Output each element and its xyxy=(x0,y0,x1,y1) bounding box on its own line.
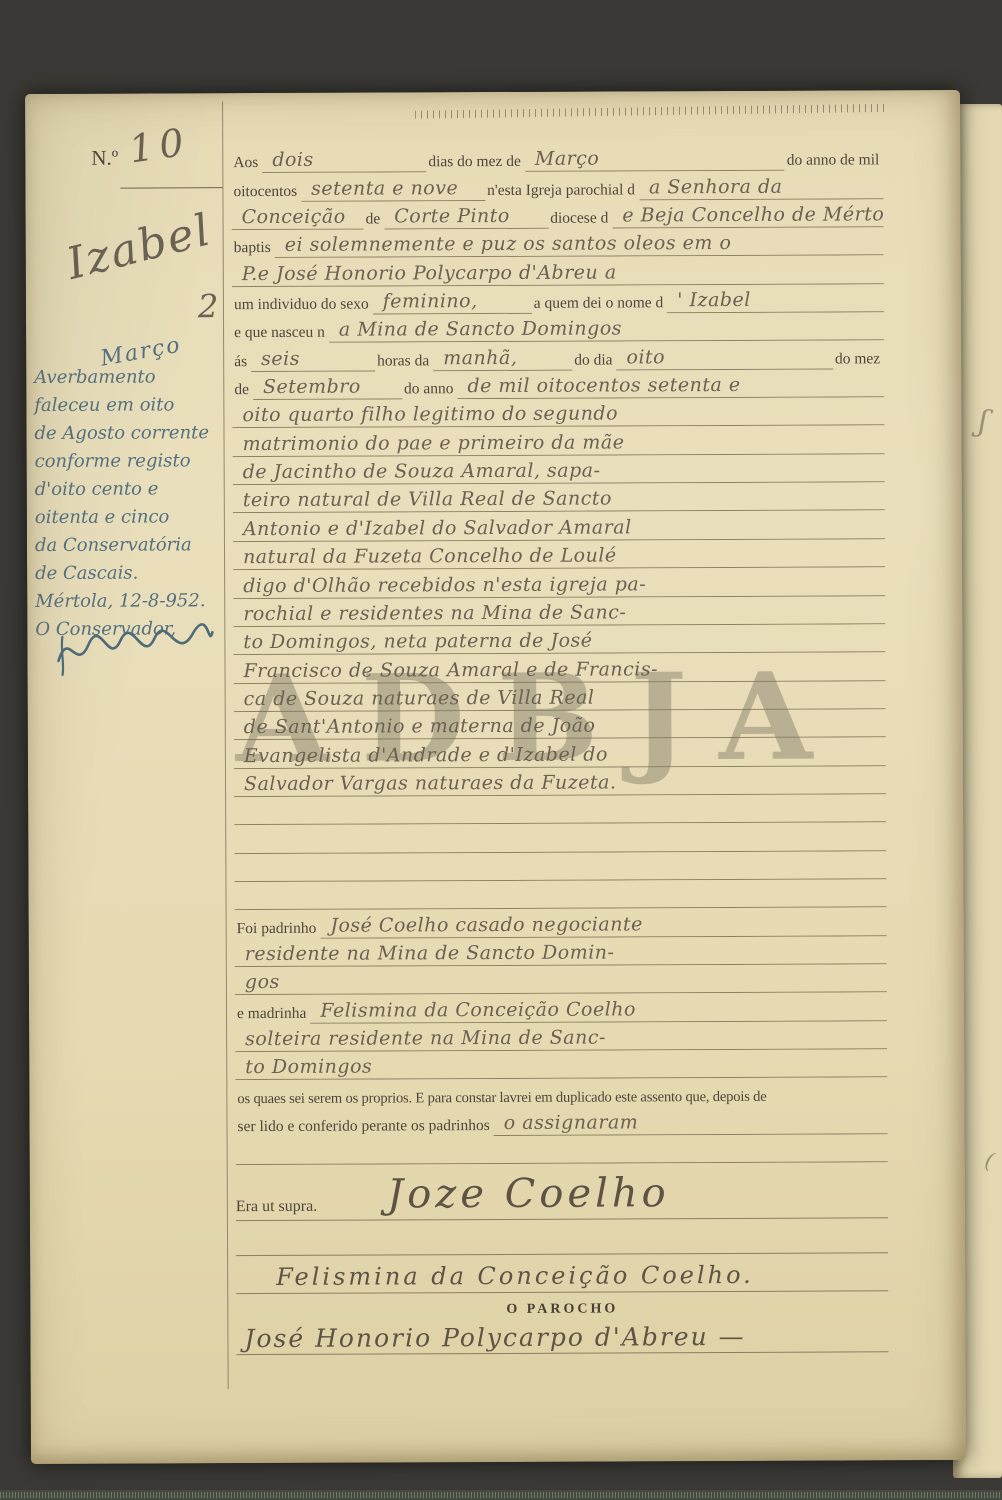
printed-text: do mez xyxy=(833,350,884,369)
scanned-register-photo: { "page": { "archive_watermark": "ADBJA"… xyxy=(0,0,1002,1500)
printed-text: e que nasceu n xyxy=(232,324,329,343)
binding-strip xyxy=(0,1490,1002,1500)
form-line-17: rochial e residentes na Mina de Sanc- xyxy=(233,596,885,627)
handwritten-text: solteira residente na Mina de Sanc- xyxy=(235,1025,887,1052)
form-line-16: digo d'Olhão recebidos n'esta igreja pa- xyxy=(233,567,885,598)
form-line-33: to Domingos xyxy=(235,1049,887,1080)
form-line-5: P.e José Honorio Polycarpo d'Abreu a xyxy=(232,256,884,287)
handwritten-text: a Senhora da xyxy=(639,175,884,200)
printed-text: um individuo do sexo xyxy=(232,296,373,316)
handwritten-text: ei solemnemente e puz os santos oleos em… xyxy=(275,232,884,259)
printed-text: diocese d xyxy=(548,210,612,229)
handwritten-text: Setembro xyxy=(253,375,402,400)
printed-text: do anno de mil xyxy=(785,152,884,171)
handwritten-text: Evangelista d'Andrade e d'Izabel do xyxy=(234,742,886,769)
form-line-18: to Domingos, neta paterna de José xyxy=(233,624,885,655)
death-note-line: de Cascais. xyxy=(35,559,227,588)
form-line-32: solteira residente na Mina de Sanc- xyxy=(235,1021,887,1052)
handwritten-text: José Coelho casado negociante xyxy=(320,912,886,938)
number-underline xyxy=(120,187,222,188)
parish-priest-signature: José Honorio Polycarpo d'Abreu — xyxy=(244,1322,745,1354)
handwritten-text: ca de Souza naturaes de Villa Real xyxy=(234,685,886,712)
sliver-handwriting-mark: ʃ xyxy=(977,404,990,440)
handwritten-text: oito quarto filho legitimo do segundo xyxy=(232,402,884,429)
handwritten-text: dois xyxy=(262,149,426,174)
handwritten-text: P.e José Honorio Polycarpo d'Abreu a xyxy=(232,260,884,287)
handwritten-text: a Mina de Sancto Domingos xyxy=(329,317,884,343)
register-page: N.º 10 Izabel 2 Março Averbamentofaleceu… xyxy=(25,90,966,1464)
form-line-3: ConceiçãodeCorte Pintodiocese de Beja Co… xyxy=(231,199,883,230)
death-note-line: da Conservatória xyxy=(35,531,227,560)
form-line-10: oito quarto filho legitimo do segundo xyxy=(232,397,884,428)
handwritten-text: Francisco de Souza Amaral e de Francis- xyxy=(233,657,885,684)
death-note-line: de Agosto corrente xyxy=(34,419,226,448)
handwritten-text: Antonio e d'Izabel do Salvador Amaral xyxy=(233,515,885,542)
handwritten-text: rochial e residentes na Mina de Sanc- xyxy=(233,600,885,627)
priest-signature-line: José Honorio Polycarpo d'Abreu — xyxy=(236,1322,888,1355)
handwritten-text: to Domingos xyxy=(235,1054,887,1081)
form-line-13: teiro natural de Villa Real de Sancto xyxy=(233,482,885,513)
printed-text: n'esta Igreja parochial d xyxy=(485,181,639,201)
handwritten-text: matrimonio do pae e primeiro da mãe xyxy=(232,430,884,457)
form-line-9: deSetembrodo annode mil oitocentos seten… xyxy=(232,369,884,400)
form-line-35: ser lido e conferido perante os padrinho… xyxy=(235,1106,887,1137)
godmother-signature-line: Felismina da Conceição Coelho. xyxy=(236,1258,888,1294)
form-line-23: Salvador Vargas naturaes da Fuzeta. xyxy=(234,766,886,797)
handwritten-text: manhã, xyxy=(433,346,572,371)
registrar-signature-flourish xyxy=(52,618,217,679)
margin-death-note: Averbamentofaleceu em oitode Agosto corr… xyxy=(34,363,227,644)
printed-text: de xyxy=(232,381,253,400)
form-line-26 xyxy=(234,851,886,882)
form-line-6: um individuo do sexofeminino,a quem dei … xyxy=(232,284,884,315)
form-line-29: residente na Mina de Sancto Domin- xyxy=(235,936,887,967)
death-note-line: Mértola, 12-8-952. xyxy=(35,587,227,616)
printed-text: de xyxy=(364,211,385,230)
handwritten-text: to Domingos, neta paterna de José xyxy=(233,628,885,655)
printed-text: os quaes sei serem os proprios. E para c… xyxy=(235,1088,770,1108)
death-note-line: conforme registo xyxy=(35,447,227,476)
form-line-25 xyxy=(234,823,886,854)
printed-text: ás xyxy=(232,353,251,372)
printed-text: Foi padrinho xyxy=(235,919,321,938)
form-line-15: natural da Fuzeta Concelho de Loulé xyxy=(233,539,885,570)
record-number-label: N.º xyxy=(91,146,118,171)
parish-priest-label: O PAROCHO xyxy=(236,1300,888,1319)
form-line-11: matrimonio do pae e primeiro da mãe xyxy=(232,426,884,457)
form-line-27 xyxy=(234,879,886,910)
printed-text: Aos xyxy=(231,154,262,173)
printed-text: a quem dei o nome d xyxy=(532,294,668,314)
form-line-12: de Jacintho de Souza Amaral, sapa- xyxy=(233,454,885,485)
handwritten-text: de Sant'Antonio e materna de João xyxy=(234,714,886,741)
handwritten-text: e Beja Concelho de Mértola xyxy=(612,203,883,228)
handwritten-text: de mil oitocentos setenta e xyxy=(457,373,884,399)
form-line-22: Evangelista d'Andrade e d'Izabel do xyxy=(234,738,886,769)
handwritten-text: Corte Pinto xyxy=(384,205,548,230)
form-line-36 xyxy=(236,1134,888,1165)
form-line-28: Foi padrinhoJosé Coelho casado negociant… xyxy=(235,908,887,939)
form-line-30: gos xyxy=(235,964,887,995)
form-line-7: e que nasceu na Mina de Sancto Domingos xyxy=(232,312,884,343)
margin-name: Izabel xyxy=(62,204,217,290)
printed-text: ser lido e conferido perante os padrinho… xyxy=(235,1117,493,1137)
record-number-value: 10 xyxy=(126,119,192,171)
form-line-19: Francisco de Souza Amaral e de Francis- xyxy=(233,652,885,683)
form-line-24 xyxy=(234,794,886,825)
handwritten-text: natural da Fuzeta Concelho de Loulé xyxy=(233,543,885,570)
printed-text: dias do mez de xyxy=(426,153,525,172)
sliver-handwriting-mark: ( xyxy=(982,1148,996,1174)
era-line: Era ut supra. Joze Coelho xyxy=(236,1165,888,1221)
margin-divider-line xyxy=(222,101,229,1389)
handwritten-text: Felismina da Conceição Coelho xyxy=(310,997,887,1024)
printed-text: baptis xyxy=(232,239,275,258)
handwritten-text: o assignaram xyxy=(494,1110,888,1136)
handwritten-text: teiro natural de Villa Real de Sancto xyxy=(233,487,885,514)
handwritten-text: Março xyxy=(525,147,785,172)
stitch-marks xyxy=(415,104,885,119)
godmother-signature: Felismina da Conceição Coelho. xyxy=(276,1261,754,1293)
printed-text: do dia xyxy=(572,351,616,370)
handwritten-text: oito xyxy=(616,345,833,370)
handwritten-text: seis xyxy=(251,347,375,372)
handwritten-text: digo d'Olhão recebidos n'esta igreja pa- xyxy=(233,572,885,599)
death-note-line: faleceu em oito xyxy=(34,391,226,420)
printed-text: do anno xyxy=(402,380,458,399)
death-note-line: d'oito cento e xyxy=(35,475,227,504)
handwritten-text: residente na Mina de Sancto Domin- xyxy=(235,940,887,967)
form-line-31: e madrinhaFelismina da Conceição Coelho xyxy=(235,993,887,1024)
form-body: Aosdoisdias do mez deMarçodo anno de mil… xyxy=(231,142,887,1165)
ruled-line xyxy=(236,1252,888,1256)
form-line-2: oitocentossetenta e noven'esta Igreja pa… xyxy=(231,171,883,202)
death-note-line: Averbamento xyxy=(34,363,226,392)
printed-text: e madrinha xyxy=(235,1004,310,1023)
handwritten-text: Salvador Vargas naturaes da Fuzeta. xyxy=(234,770,886,797)
printed-text: oitocentos xyxy=(231,183,301,202)
margin-sequence-number: 2 xyxy=(198,287,219,325)
form-line-1: Aosdoisdias do mez deMarçodo anno de mil xyxy=(231,142,883,173)
handwritten-text: gos xyxy=(235,969,887,996)
handwritten-text: ' Izabel xyxy=(667,288,884,313)
handwritten-text: de Jacintho de Souza Amaral, sapa- xyxy=(233,458,885,485)
form-line-20: ca de Souza naturaes de Villa Real xyxy=(234,681,886,712)
form-line-14: Antonio e d'Izabel do Salvador Amaral xyxy=(233,511,885,542)
handwritten-text: Conceição xyxy=(232,206,364,231)
form-line-21: de Sant'Antonio e materna de João xyxy=(234,709,886,740)
form-line-8: ásseishoras damanhã,do diaoitodo mez xyxy=(232,341,884,372)
era-ut-supra-label: Era ut supra. xyxy=(236,1198,317,1220)
godfather-signature: Joze Coelho xyxy=(387,1170,670,1219)
printed-text: horas da xyxy=(375,352,433,371)
handwritten-text: feminino, xyxy=(373,290,532,315)
death-note-line: oitenta e cinco xyxy=(35,503,227,532)
form-line-4: baptisei solemnemente e puz os santos ol… xyxy=(232,227,884,258)
handwritten-text: setenta e nove xyxy=(301,177,485,202)
form-line-34: os quaes sei serem os proprios. E para c… xyxy=(235,1078,887,1109)
